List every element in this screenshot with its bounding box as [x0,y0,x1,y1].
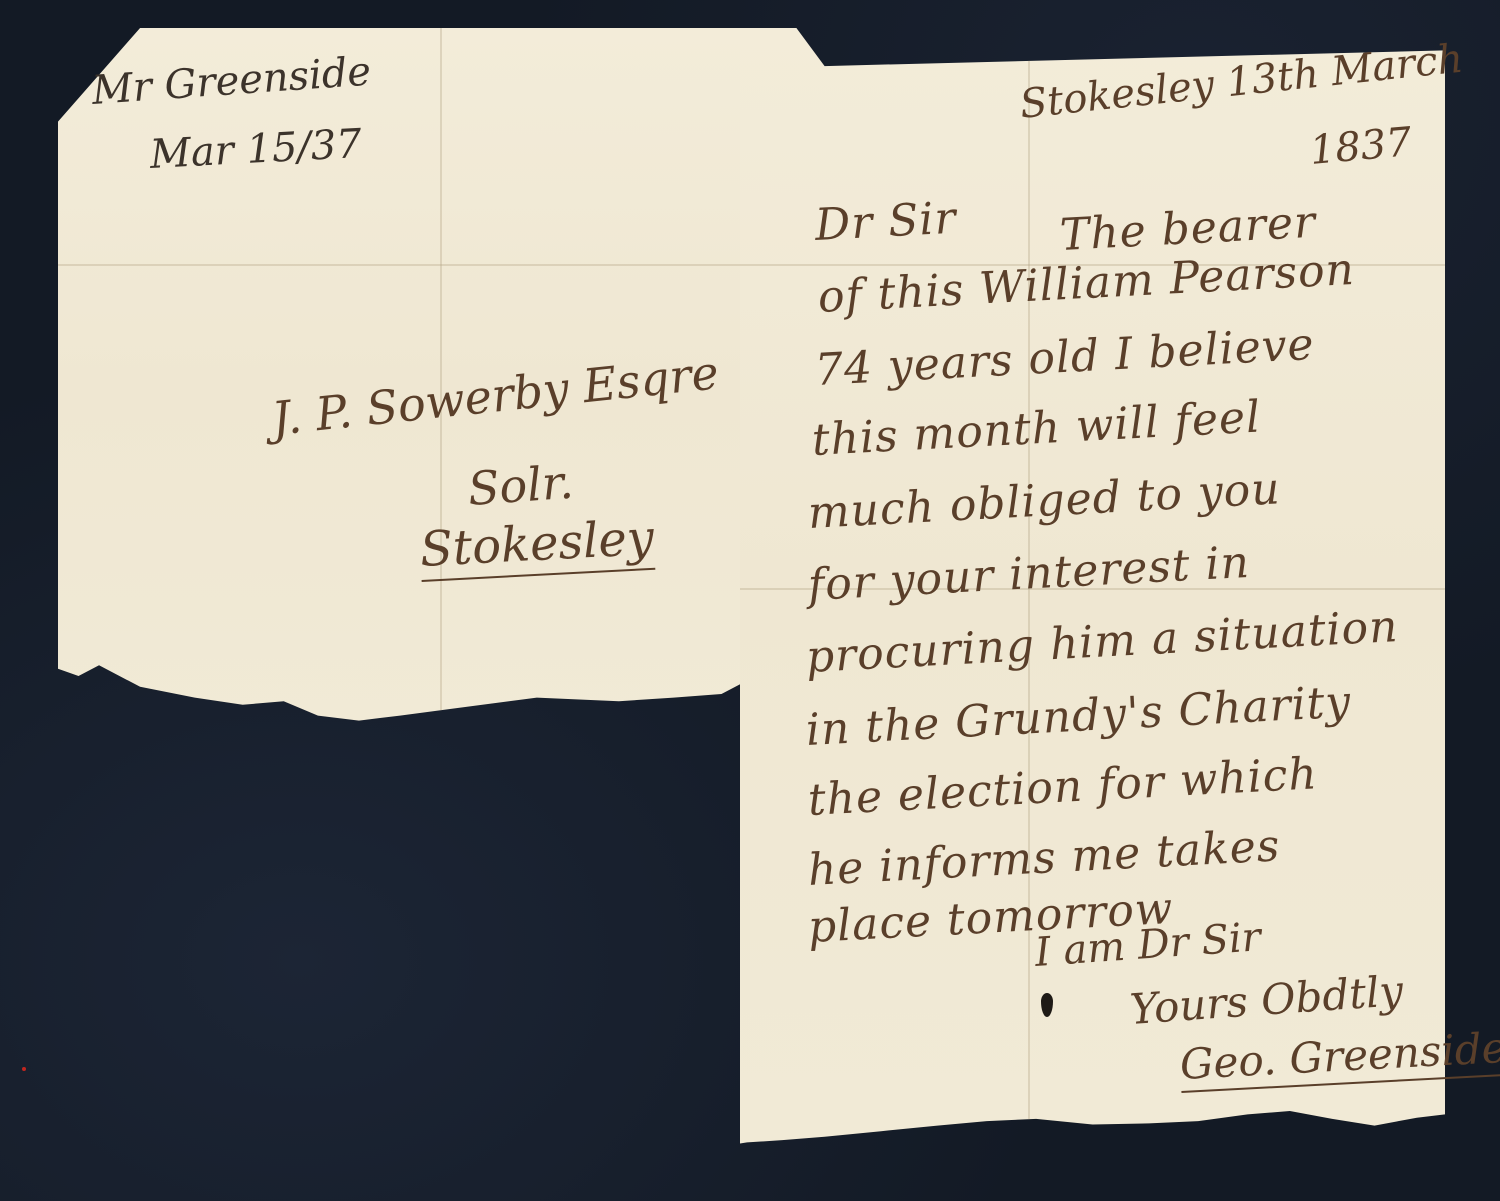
letter-year: 1837 [1308,119,1413,174]
salutation: Dr Sir [814,193,958,251]
address-place-text: Stokesley [419,510,656,582]
address-place: Stokesley [419,510,656,578]
address-title: Solr. [466,455,575,516]
red-marker-dot [22,1067,26,1071]
fold-line [58,264,742,266]
